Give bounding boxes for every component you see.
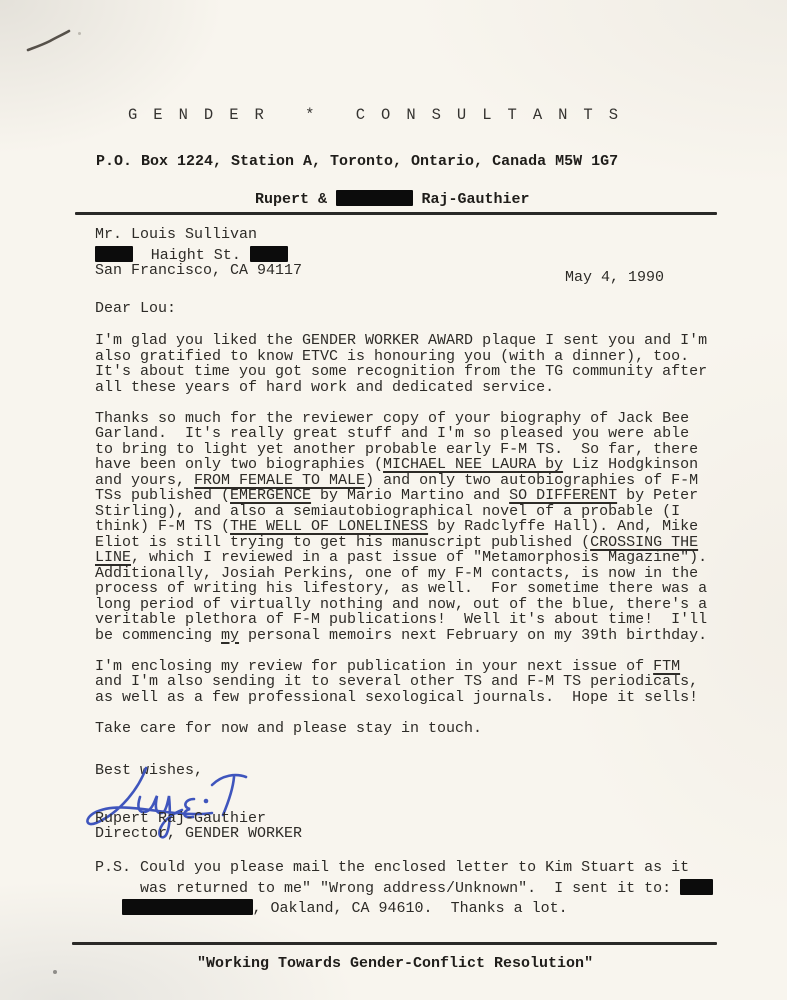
text-segment: Take care for now and please stay in tou… <box>95 720 482 737</box>
text-line: have been only two biographies (MICHAEL … <box>95 457 707 473</box>
text-segment: and I'm also sending it to several other… <box>95 673 698 690</box>
letterhead-names: Rupert & Raj-Gauthier <box>255 187 530 208</box>
text-line: process of writing his lifestory, as wel… <box>95 581 707 597</box>
text-segment: , Oakland, CA 94610. Thanks a lot. <box>253 900 568 917</box>
footer-divider-rule <box>72 942 717 945</box>
footer-slogan: "Working Towards Gender-Conflict Resolut… <box>197 956 593 972</box>
text-segment: Garland. It's really great stuff and I'm… <box>95 425 689 442</box>
text-line: Garland. It's really great stuff and I'm… <box>95 426 707 442</box>
underlined-text: EMERGENCE <box>230 487 311 504</box>
letter-body: I'm glad you liked the GENDER WORKER AWA… <box>95 333 707 752</box>
text-segment: Rupert & <box>255 191 336 208</box>
text-line: Eliot is still trying to get his manuscr… <box>95 535 707 551</box>
redaction-box <box>122 899 253 915</box>
text-segment: was returned to me" "Wrong address/Unkno… <box>95 880 680 897</box>
scan-dot <box>53 970 57 974</box>
text-line: , Oakland, CA 94610. Thanks a lot. <box>95 896 713 917</box>
text-segment: P.S. Could you please mail the enclosed … <box>95 859 689 876</box>
redaction-box <box>336 190 413 206</box>
text-segment: have been only two biographies ( <box>95 456 383 473</box>
text-line: was returned to me" "Wrong address/Unkno… <box>95 876 713 897</box>
postscript-block: P.S. Could you please mail the enclosed … <box>95 860 713 917</box>
text-segment: and yours, <box>95 472 194 489</box>
text-line: think) F-M TS (THE WELL OF LONELINESS by… <box>95 519 707 535</box>
letter-date: May 4, 1990 <box>565 270 664 286</box>
text-segment: to bring to light yet another probable e… <box>95 441 698 458</box>
text-line: LINE, which I reviewed in a past issue o… <box>95 550 707 566</box>
underlined-text: THE WELL OF LONELINESS <box>230 518 428 535</box>
text-line: and yours, FROM FEMALE TO MALE) and only… <box>95 473 707 489</box>
text-segment: Additionally, Josiah Perkins, one of my … <box>95 565 698 582</box>
body-paragraph: Take care for now and please stay in tou… <box>95 721 707 737</box>
text-segment: Eliot is still trying to get his manuscr… <box>95 534 590 551</box>
text-segment: process of writing his lifestory, as wel… <box>95 580 707 597</box>
recipient-address-block: Mr. Louis Sullivan Haight St. San Franci… <box>95 227 302 279</box>
text-line: be commencing my personal memoirs next F… <box>95 628 707 644</box>
underlined-text: CROSSING THE <box>590 534 698 551</box>
text-line: veritable plethora of F-M publications! … <box>95 612 707 628</box>
text-segment: as well as a few professional sexologica… <box>95 689 698 706</box>
text-segment: by Mario Martino and <box>311 487 509 504</box>
text-line: P.S. Could you please mail the enclosed … <box>95 860 713 876</box>
text-segment: Raj-Gauthier <box>413 191 530 208</box>
text-segment: all these years of hard work and dedicat… <box>95 379 554 396</box>
text-segment: I'm glad you liked the GENDER WORKER AWA… <box>95 332 707 349</box>
text-segment: I'm enclosing my review for publication … <box>95 658 653 675</box>
letterhead-divider-rule <box>75 212 717 215</box>
redaction-box <box>250 246 288 262</box>
text-line: to bring to light yet another probable e… <box>95 442 707 458</box>
text-segment: Stirling), and also a semiautobiographic… <box>95 503 680 520</box>
signer-title: Director, GENDER WORKER <box>95 826 302 842</box>
underlined-text: FTM <box>653 658 680 675</box>
text-line: also gratified to know ETVC is honouring… <box>95 349 707 365</box>
text-segment: ) and only two autobiographies of F-M <box>365 472 698 489</box>
text-segment <box>95 900 122 917</box>
text-segment: by Radclyffe Hall). And, Mike <box>428 518 698 535</box>
body-paragraph: Thanks so much for the reviewer copy of … <box>95 411 707 644</box>
text-line: all these years of hard work and dedicat… <box>95 380 707 396</box>
underlined-text: my <box>221 627 239 644</box>
text-segment: , which I reviewed in a past issue of "M… <box>131 549 707 566</box>
salutation: Dear Lou: <box>95 301 176 317</box>
text-segment: Thanks so much for the reviewer copy of … <box>95 410 689 427</box>
scanned-letter-page: GENDER * CONSULTANTS P.O. Box 1224, Stat… <box>0 0 787 1000</box>
text-line: Haight St. <box>95 243 302 264</box>
letterhead-address: P.O. Box 1224, Station A, Toronto, Ontar… <box>96 154 618 170</box>
text-segment: It's about time you got some recognition… <box>95 363 707 380</box>
text-line: It's about time you got some recognition… <box>95 364 707 380</box>
text-segment: personal memoirs next February on my 39t… <box>239 627 707 644</box>
text-line: San Francisco, CA 94117 <box>95 263 302 279</box>
text-line: and I'm also sending it to several other… <box>95 674 707 690</box>
text-line: Additionally, Josiah Perkins, one of my … <box>95 566 707 582</box>
text-segment: Haight St. <box>133 247 250 264</box>
text-line: as well as a few professional sexologica… <box>95 690 707 706</box>
underlined-text: SO DIFFERENT <box>509 487 617 504</box>
text-line: I'm glad you liked the GENDER WORKER AWA… <box>95 333 707 349</box>
text-line: Mr. Louis Sullivan <box>95 227 302 243</box>
body-paragraph: I'm enclosing my review for publication … <box>95 659 707 706</box>
text-segment: veritable plethora of F-M publications! … <box>95 611 707 628</box>
text-segment: San Francisco, CA 94117 <box>95 262 302 279</box>
redaction-box <box>95 246 133 262</box>
redaction-box <box>680 879 713 895</box>
scan-speck <box>78 32 81 35</box>
body-paragraph: I'm glad you liked the GENDER WORKER AWA… <box>95 333 707 395</box>
text-segment: long period of virtually nothing and now… <box>95 596 707 613</box>
underlined-text: MICHAEL NEE LAURA by <box>383 456 563 473</box>
text-line: long period of virtually nothing and now… <box>95 597 707 613</box>
pen-stroke-mark <box>26 28 71 53</box>
text-segment: Mr. Louis Sullivan <box>95 226 257 243</box>
text-line: Take care for now and please stay in tou… <box>95 721 707 737</box>
text-segment: be commencing <box>95 627 221 644</box>
text-line: I'm enclosing my review for publication … <box>95 659 707 675</box>
letterhead-org-name: GENDER * CONSULTANTS <box>128 108 634 124</box>
text-line: Stirling), and also a semiautobiographic… <box>95 504 707 520</box>
text-line: Thanks so much for the reviewer copy of … <box>95 411 707 427</box>
text-segment: think) F-M TS ( <box>95 518 230 535</box>
underlined-text: LINE <box>95 549 131 566</box>
text-segment: also gratified to know ETVC is honouring… <box>95 348 689 365</box>
text-segment: TSs published ( <box>95 487 230 504</box>
underlined-text: FROM FEMALE TO MALE <box>194 472 365 489</box>
text-line: TSs published (EMERGENCE by Mario Martin… <box>95 488 707 504</box>
text-segment: Liz Hodgkinson <box>563 456 698 473</box>
text-segment: by Peter <box>617 487 698 504</box>
